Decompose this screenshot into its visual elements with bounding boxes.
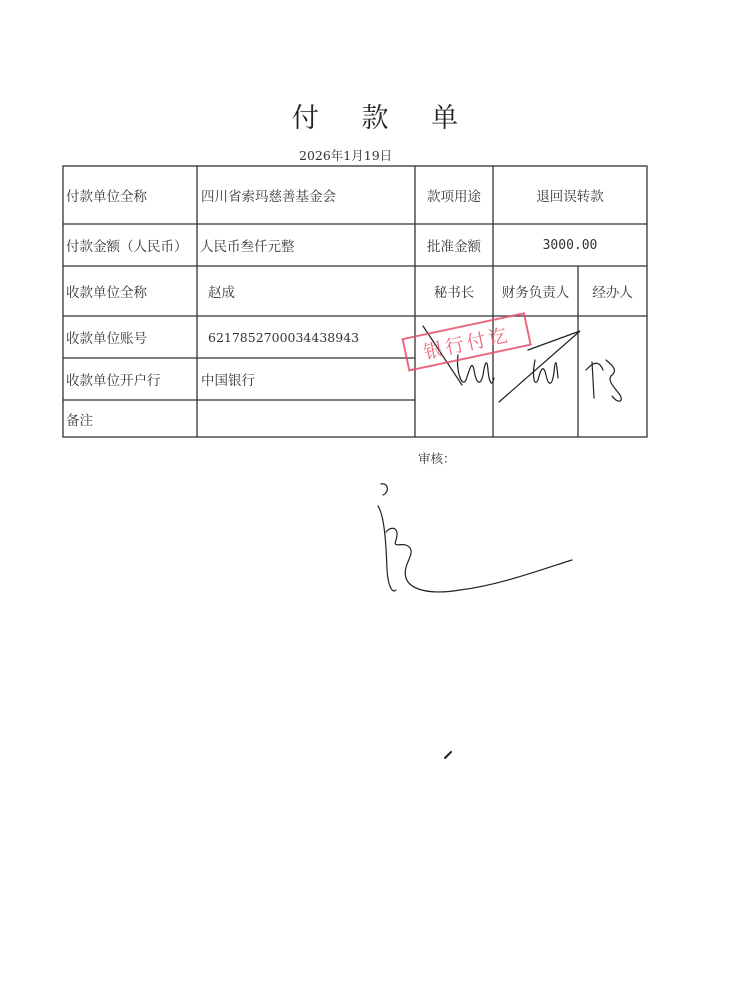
signature-handler <box>586 360 621 401</box>
audit-label: 审核： <box>418 449 456 467</box>
stray-mark <box>445 752 451 758</box>
handwritten-signatures <box>0 0 750 1000</box>
signature-audit <box>378 484 572 592</box>
